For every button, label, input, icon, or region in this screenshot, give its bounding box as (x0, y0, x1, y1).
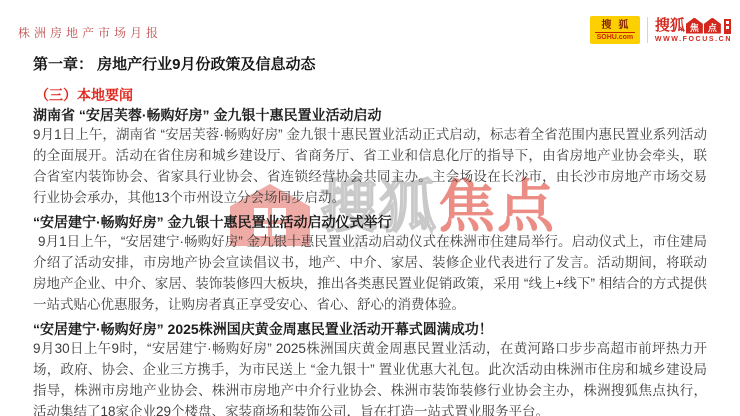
focus-house-icon: 焦 (686, 18, 703, 34)
focus-logo-domain: WWW.FOCUS.CN (655, 36, 732, 43)
report-content: 第一章： 房地产行业9月份政策及信息动态 （三）本地要闻 湖南省 “安居芙蓉·畅… (33, 55, 707, 416)
focus-logo-row: 搜狐 焦 点 (655, 18, 731, 34)
article-golden-week-opening: “安居建宁·畅购好房” 2025株洲国庆黄金周惠民置业活动开幕式圆满成功！ 9月… (33, 320, 707, 416)
article-title: “安居建宁·畅购好房” 2025株洲国庆黄金周惠民置业活动开幕式圆满成功！ (33, 320, 707, 338)
article-title: 湖南省 “安居芙蓉·畅购好房” 金九银十惠民置业活动启动 (33, 106, 707, 124)
sohu-focus-logo: 搜狐 焦 点 WWW.FOCUS.CN (655, 18, 732, 43)
article-hunan-launch: 湖南省 “安居芙蓉·畅购好房” 金九银十惠民置业活动启动 9月1日上午，湖南省 … (33, 106, 707, 208)
article-body: 9月1日上午，“安居建宁·畅购好房” 金九银十惠民置业活动启动仪式在株洲市住建局… (33, 231, 707, 315)
sohu-logo-domain: SOHU.com (597, 34, 634, 41)
article-zhuzhou-ceremony: “安居建宁·畅购好房” 金九银十惠民置业活动启动仪式举行 9月1日上午，“安居建… (33, 213, 707, 315)
focus-logo-prefix: 搜狐 (655, 18, 685, 34)
focus-house-icon: 点 (704, 18, 721, 34)
sohu-logo-name: 搜狐 (594, 20, 635, 31)
sohu-logo-rule (595, 32, 635, 33)
logo-area: 搜狐 SOHU.com 搜狐 焦 点 WWW.FOCUS.CN (590, 16, 732, 44)
section-label: （三）本地要闻 (35, 86, 707, 104)
sohu-logo: 搜狐 SOHU.com (590, 16, 640, 44)
article-body: 9月30日上午9时，“安居建宁·畅购好房” 2025株洲国庆黄金周惠民置业活动，… (33, 338, 707, 416)
logo-divider (647, 17, 648, 43)
article-title: “安居建宁·畅购好房” 金九银十惠民置业活动启动仪式举行 (33, 213, 707, 231)
focus-seal-icon (724, 19, 731, 34)
article-body: 9月1日上午，湖南省 “安居芙蓉·畅购好房” 金九银十惠民置业活动正式启动，标志… (33, 124, 707, 208)
chapter-title: 第一章： 房地产行业9月份政策及信息动态 (33, 55, 707, 75)
site-title: 株洲房地产市场月报 (18, 24, 162, 41)
report-page: 搜狐 焦点 搜狐焦点 株洲房地产市场月报 搜狐 SOHU.com 搜狐 焦 点 … (0, 0, 740, 416)
